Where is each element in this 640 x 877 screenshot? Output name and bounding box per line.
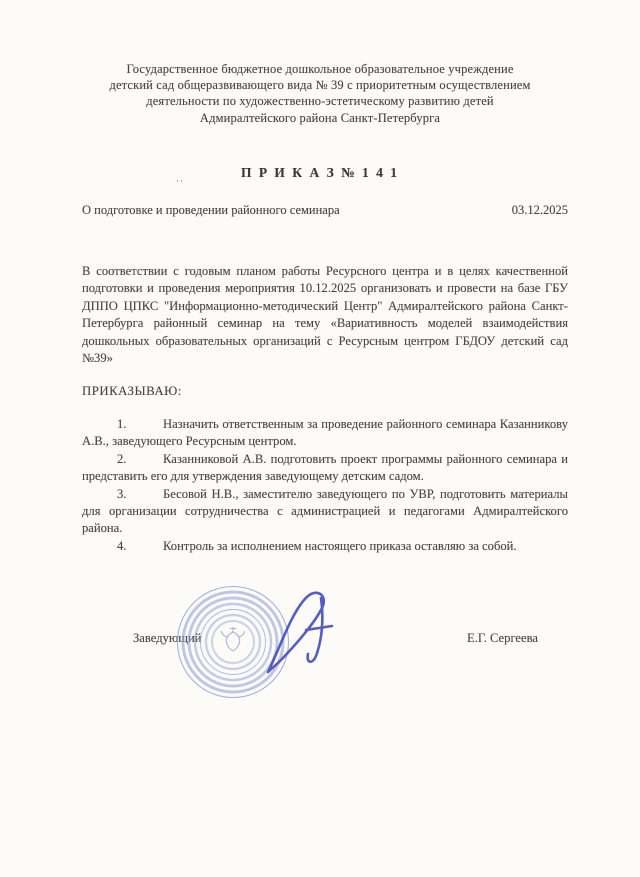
org-header-line-3: деятельности по художественно-эстетическ… [0,93,640,109]
order-item-2: 2.Казанниковой А.В. подготовить проект п… [82,451,568,486]
order-item-number: 1. [117,416,163,433]
order-subject: О подготовке и проведении районного семи… [82,203,340,218]
order-list: 1.Назначить ответственным за проведение … [82,416,568,555]
scan-artifact-dots: ·· [176,176,184,186]
order-item-number: 4. [117,538,163,555]
handwritten-signature [258,586,348,682]
org-header-line-2: детский сад общеразвивающего вида № 39 с… [0,77,640,93]
order-item-1: 1.Назначить ответственным за проведение … [82,416,568,451]
subject-date-row: О подготовке и проведении районного семи… [82,203,568,218]
org-header: Государственное бюджетное дошкольное обр… [0,61,640,126]
order-item-text: Контроль за исполнением настоящего прика… [163,539,517,553]
order-item-number: 2. [117,451,163,468]
signatory-name: Е.Г. Сергеева [467,631,538,646]
scanned-order-document: Государственное бюджетное дошкольное обр… [0,0,640,877]
order-date: 03.12.2025 [512,203,568,218]
org-header-line-4: Адмиралтейского района Санкт-Петербурга [0,110,640,126]
org-header-line-1: Государственное бюджетное дошкольное обр… [0,61,640,77]
order-item-3: 3.Бесовой Н.В., заместителю заведующего … [82,486,568,538]
order-heading: ПРИКАЗЫВАЮ: [82,384,182,399]
stamp-emblem [222,628,245,652]
order-item-4: 4.Контроль за исполнением настоящего при… [82,538,568,555]
order-title: П Р И К А З № 1 4 1 [0,165,640,181]
order-item-number: 3. [117,486,163,503]
intro-paragraph: В соответствии с годовым планом работы Р… [82,263,568,367]
